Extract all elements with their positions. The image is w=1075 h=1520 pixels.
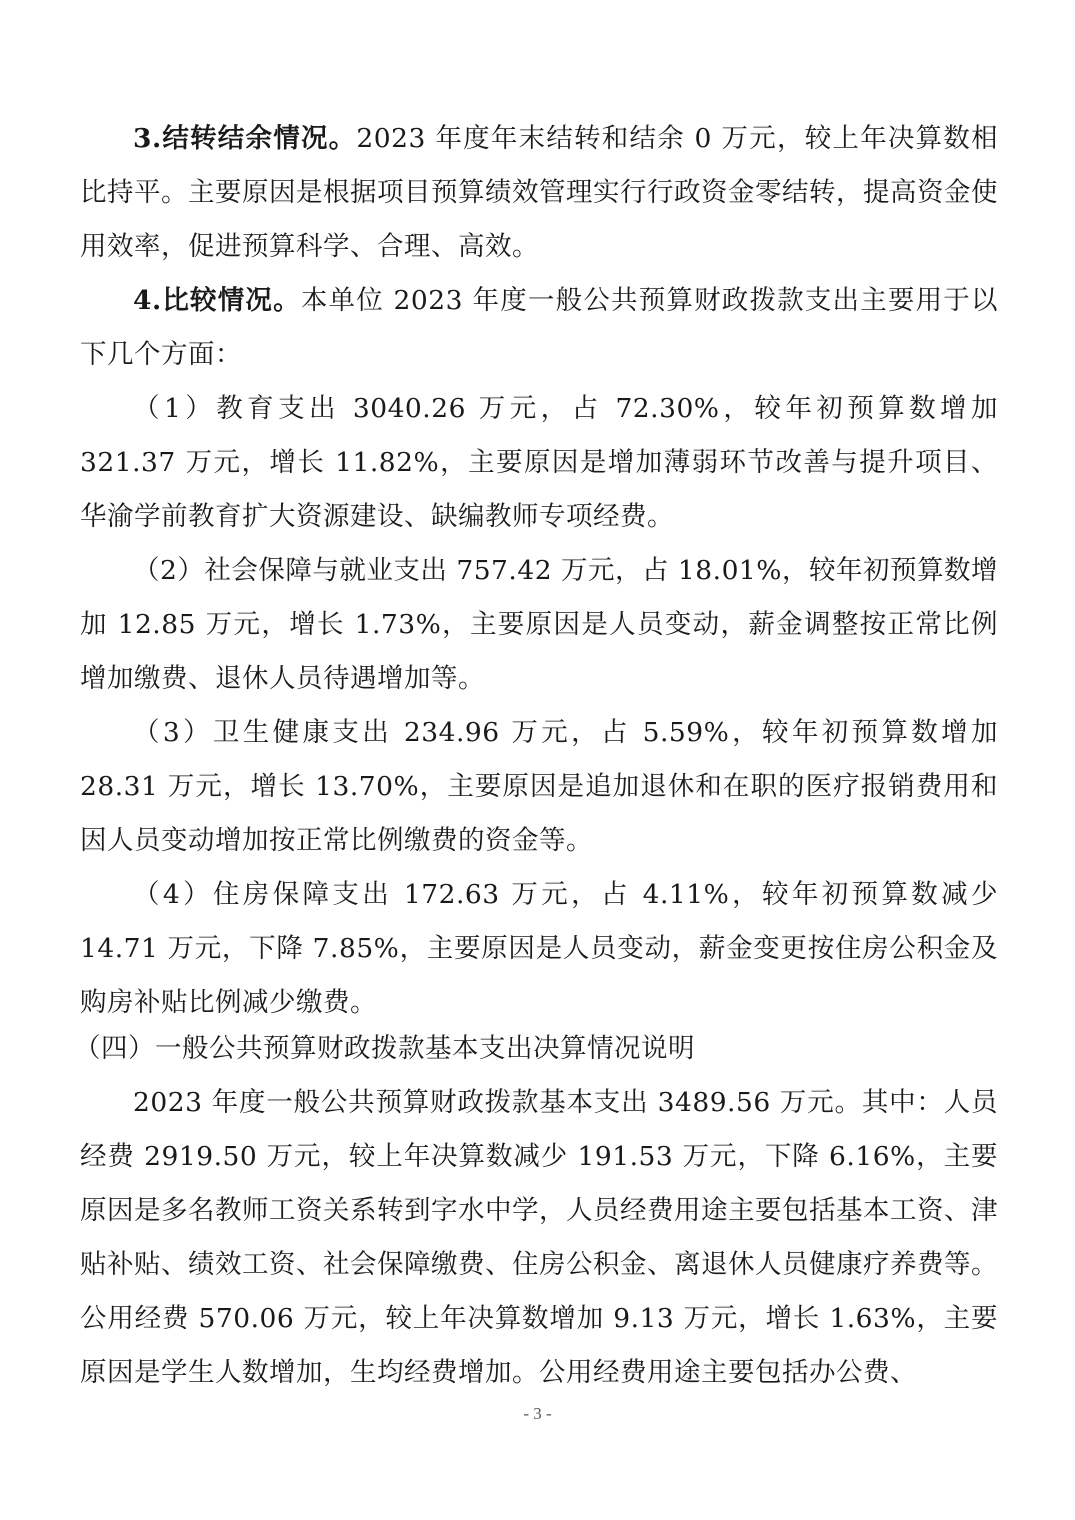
list-item-social-security: （2）社会保障与就业支出 757.42 万元，占 18.01%，较年初预算数增加… (80, 544, 998, 706)
paragraph-basic-expenditure: 2023 年度一般公共预算财政拨款基本支出 3489.56 万元。其中：人员经费… (80, 1076, 998, 1400)
list-item-education: （1）教育支出 3040.26 万元，占 72.30%，较年初预算数增加 321… (80, 382, 998, 544)
section-lead: 3.结转结余情况。 (133, 123, 356, 154)
paragraph-comparison: 4.比较情况。本单位 2023 年度一般公共预算财政拨款支出主要用于以下几个方面… (80, 274, 998, 382)
paragraph-carryover: 3.结转结余情况。2023 年度年末结转和结余 0 万元，较上年决算数相比持平。… (80, 112, 998, 274)
document-page: 3.结转结余情况。2023 年度年末结转和结余 0 万元，较上年决算数相比持平。… (80, 112, 998, 1400)
page-number: - 3 - (0, 1404, 1075, 1424)
list-item-health: （3）卫生健康支出 234.96 万元，占 5.59%，较年初预算数增加 28.… (80, 706, 998, 868)
section-heading: （四）一般公共预算财政拨款基本支出决算情况说明 (74, 1022, 998, 1076)
section-lead: 4.比较情况。 (133, 285, 301, 316)
list-item-housing: （4）住房保障支出 172.63 万元，占 4.11%，较年初预算数减少 14.… (80, 868, 998, 1030)
